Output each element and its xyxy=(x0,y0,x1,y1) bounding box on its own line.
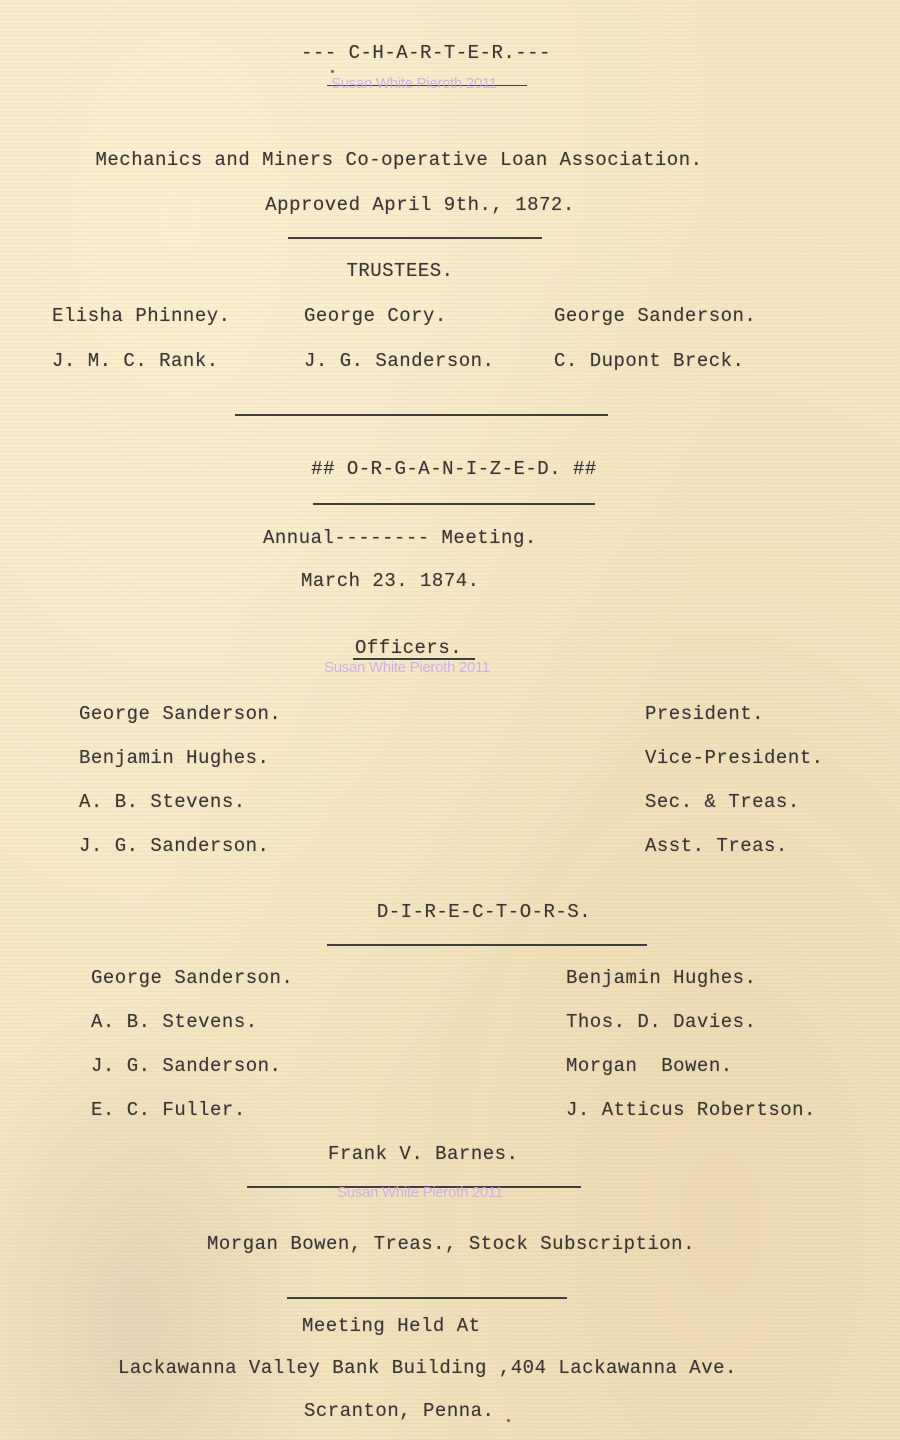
watermark: Susan White Pieroth 2011 xyxy=(337,1184,503,1201)
director-name: J. G. Sanderson. xyxy=(91,1055,281,1077)
trustees-title: TRUSTEES. xyxy=(346,260,453,282)
officer-name: J. G. Sanderson. xyxy=(79,835,269,857)
meeting-date: March 23. 1874. xyxy=(301,570,480,592)
officer-name: A. B. Stevens. xyxy=(79,791,246,813)
director-name: J. Atticus Robertson. xyxy=(566,1099,816,1121)
trustee-name: J. G. Sanderson. xyxy=(304,350,494,372)
director-name: E. C. Fuller. xyxy=(91,1099,246,1121)
watermark: Susan White Pieroth 2011 xyxy=(331,75,497,92)
annual-meeting: Annual-------- Meeting. xyxy=(263,527,537,549)
officers-title: Officers. xyxy=(355,637,462,659)
ink-spot xyxy=(507,1419,510,1422)
officer-role: President. xyxy=(645,703,764,725)
meeting-city: Scranton, Penna. xyxy=(304,1400,494,1422)
ink-spot xyxy=(331,70,334,73)
section-rule xyxy=(288,237,542,239)
trustee-name: George Sanderson. xyxy=(554,305,756,327)
section-rule xyxy=(313,503,595,505)
meeting-address: Lackawanna Valley Bank Building ,404 Lac… xyxy=(118,1357,737,1379)
watermark: Susan White Pieroth 2011 xyxy=(324,659,490,676)
charter-heading: --- C-H-A-R-T-E-R.--- xyxy=(301,42,551,64)
officer-name: George Sanderson. xyxy=(79,703,281,725)
officer-role: Asst. Treas. xyxy=(645,835,788,857)
directors-title: D-I-R-E-C-T-O-R-S. xyxy=(377,901,591,923)
trustee-name: Elisha Phinney. xyxy=(52,305,231,327)
section-rule xyxy=(287,1297,567,1299)
director-name: Frank V. Barnes. xyxy=(328,1143,518,1165)
director-name: Thos. D. Davies. xyxy=(566,1011,756,1033)
trustee-name: C. Dupont Breck. xyxy=(554,350,744,372)
section-rule xyxy=(327,944,647,946)
director-name: A. B. Stevens. xyxy=(91,1011,258,1033)
officer-role: Sec. & Treas. xyxy=(645,791,800,813)
section-rule xyxy=(235,414,608,416)
officer-role: Vice-President. xyxy=(645,747,824,769)
approved-date: Approved April 9th., 1872. xyxy=(265,194,574,216)
organized-title: ## O-R-G-A-N-I-Z-E-D. ## xyxy=(311,458,597,480)
officer-name: Benjamin Hughes. xyxy=(79,747,269,769)
director-name: Morgan Bowen. xyxy=(566,1055,733,1077)
stock-subscription: Morgan Bowen, Treas., Stock Subscription… xyxy=(207,1233,695,1255)
trustee-name: J. M. C. Rank. xyxy=(52,350,219,372)
trustee-name: George Cory. xyxy=(304,305,447,327)
meeting-location-label: Meeting Held At xyxy=(302,1315,481,1337)
director-name: Benjamin Hughes. xyxy=(566,967,756,989)
director-name: George Sanderson. xyxy=(91,967,293,989)
association-name: Mechanics and Miners Co-operative Loan A… xyxy=(96,149,703,171)
